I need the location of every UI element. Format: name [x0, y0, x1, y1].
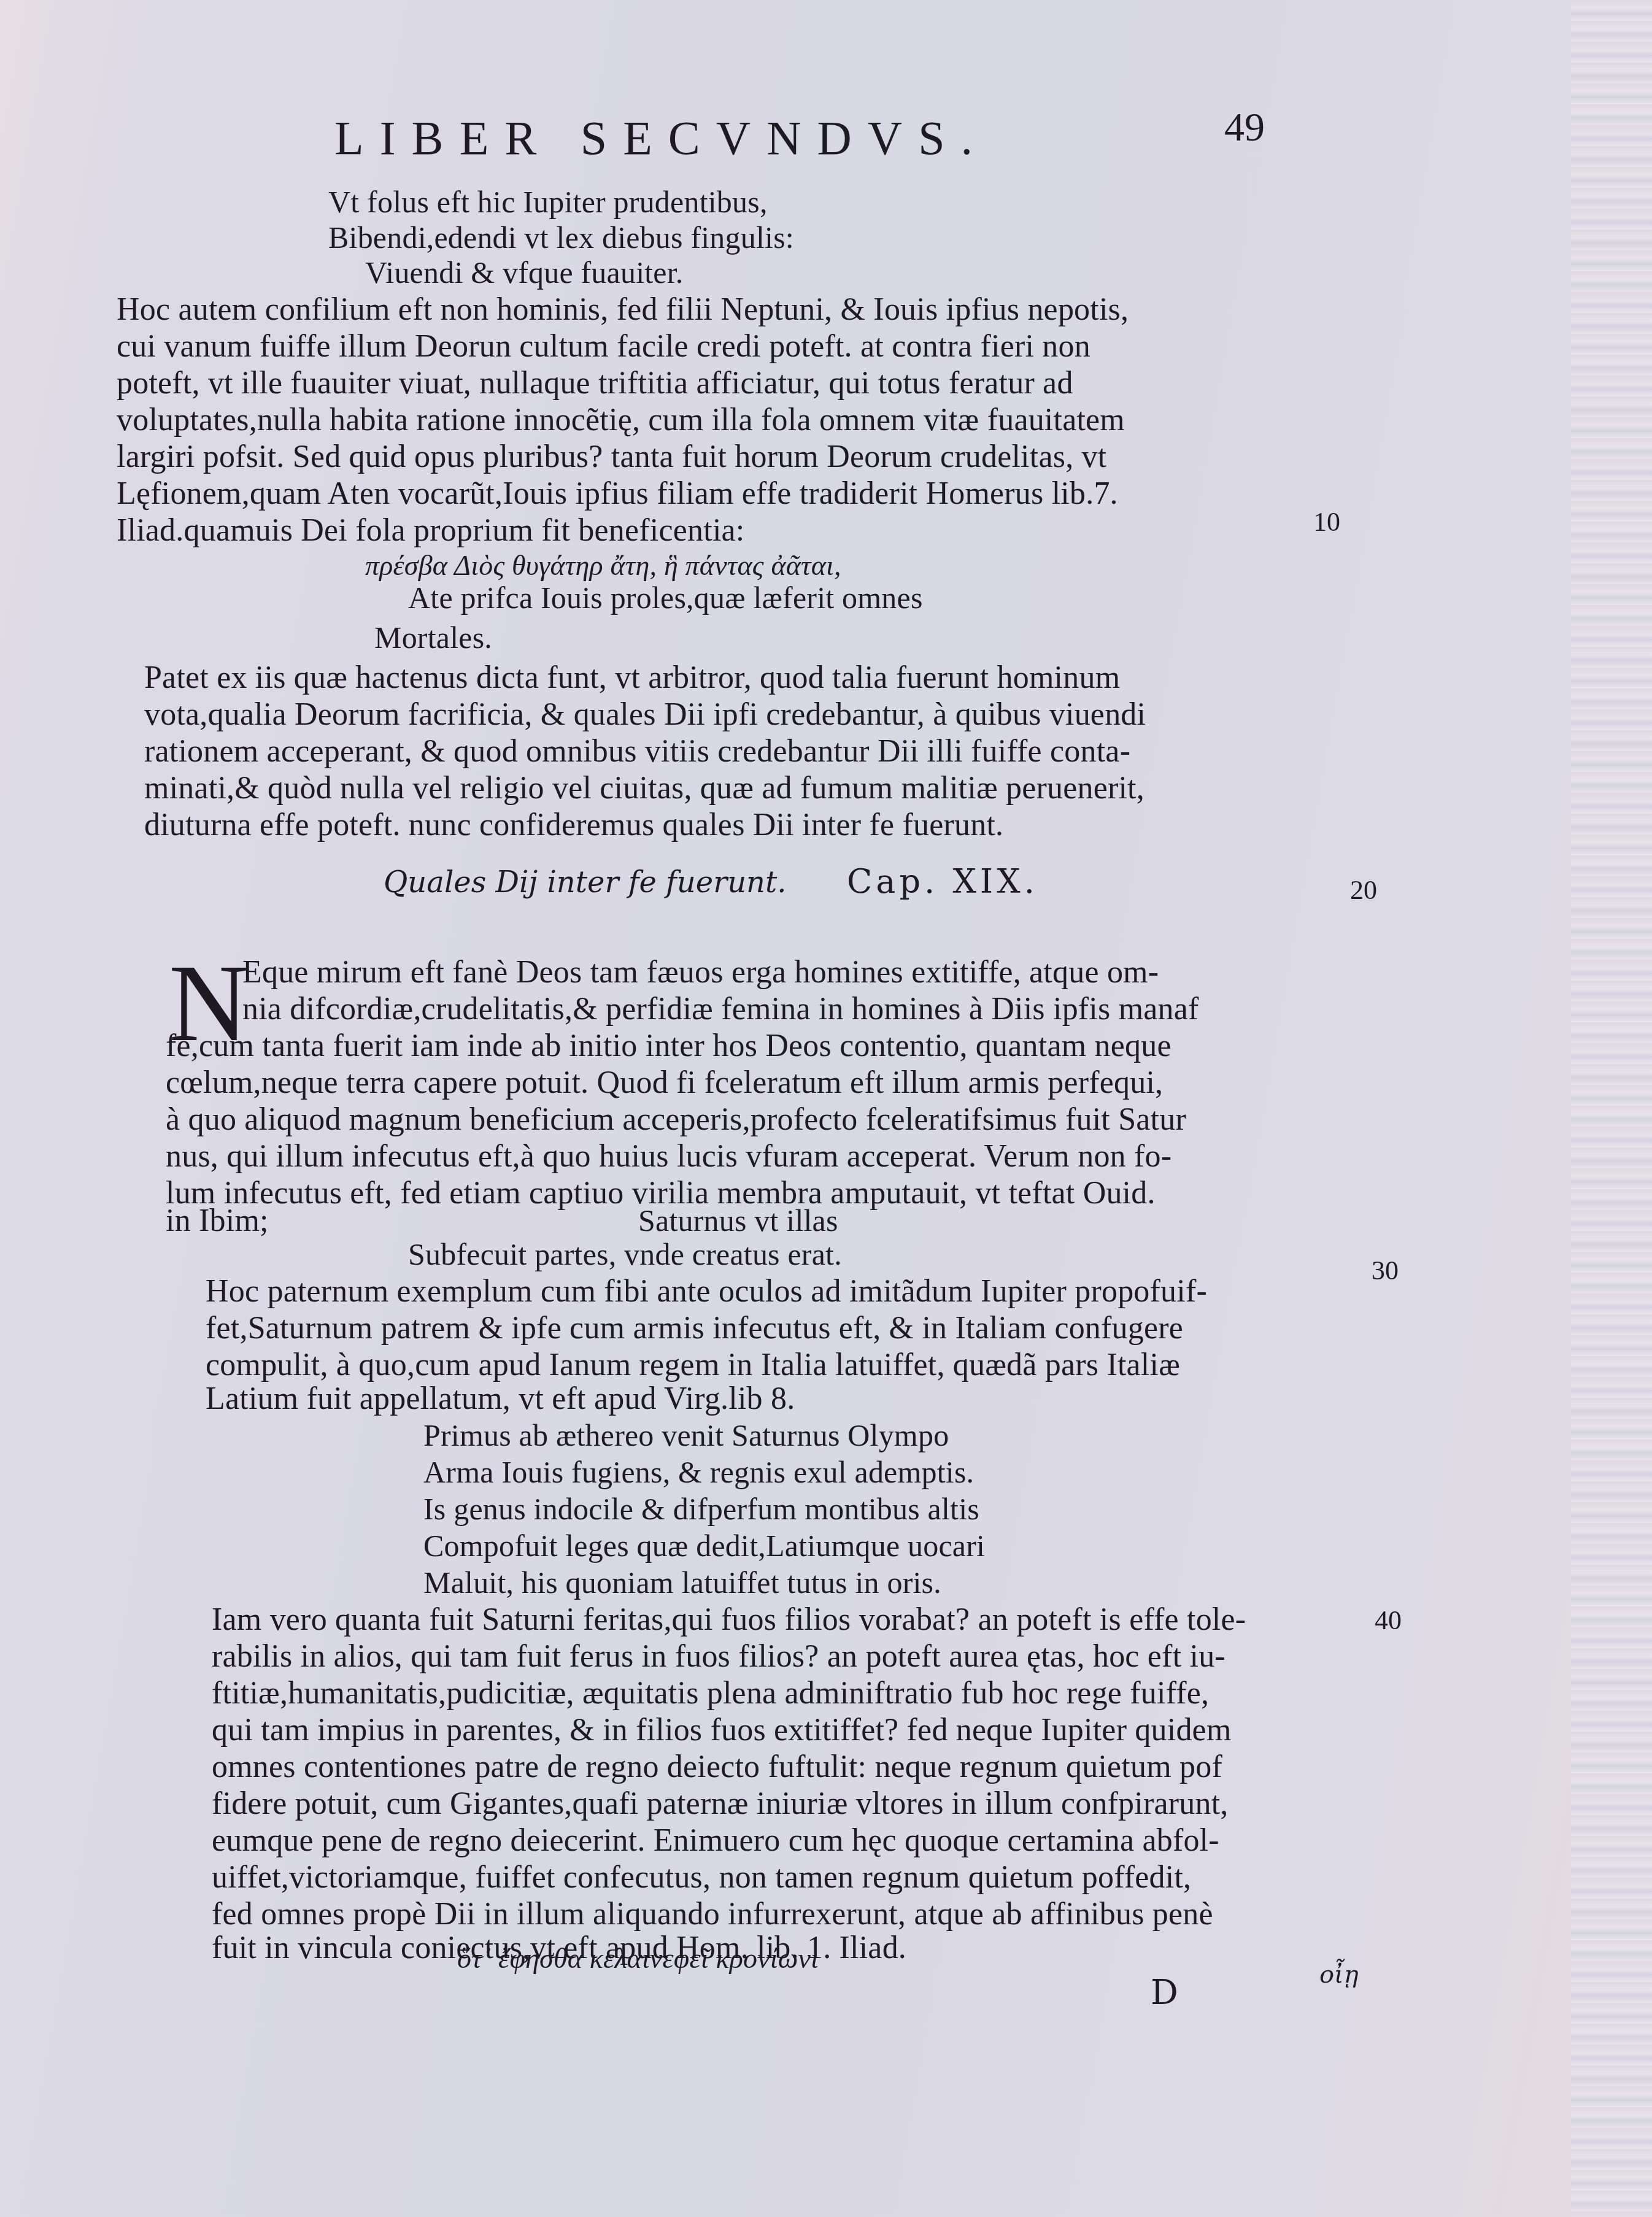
- chapter-number: Cap. XIX.: [847, 862, 1038, 901]
- prose-line: Eque mirum eft fanè Deos tam fæuos erga …: [242, 954, 1159, 990]
- prose-line: uiffet,victoriamque, fuiffet confecutus,…: [212, 1859, 1191, 1895]
- margin-line-number: 30: [1372, 1255, 1399, 1286]
- prose-line: cœlum,neque terra capere potuit. Quod fi…: [166, 1065, 1163, 1101]
- prose-line: à quo aliquod magnum beneficium acceperi…: [166, 1101, 1186, 1138]
- verse-line: Is genus indocile & difperfum montibus a…: [423, 1491, 979, 1527]
- running-head: LIBER SECVNDVS.: [334, 110, 989, 166]
- prose-line: Lęfionem,quam Aten vocarũt,Iouis ipfius …: [117, 476, 1118, 512]
- margin-line-number: 10: [1313, 506, 1340, 538]
- verse-line: Maluit, his quoniam latuiffet tutus in o…: [423, 1565, 941, 1600]
- verse-line: Subfecuit partes, vnde creatus erat.: [408, 1236, 842, 1272]
- prose-line: fed omnes propè Dii in illum aliquando i…: [212, 1896, 1213, 1932]
- prose-line: largiri pofsit. Sed quid opus pluribus? …: [117, 439, 1106, 475]
- prose-line: in Ibim;: [166, 1203, 269, 1239]
- greek-verse: πρέσβα Διὸς θυγάτηρ ἄτη, ἣ πάντας ἀᾶται,: [365, 549, 841, 582]
- prose-line: fet,Saturnum patrem & ipfe cum armis inf…: [206, 1310, 1183, 1346]
- prose-line: compulit, à quo,cum apud Ianum regem in …: [206, 1347, 1180, 1383]
- verse-line: Mortales.: [374, 620, 492, 655]
- prose-line: ftitiæ,humanitatis,pudicitiæ, æquitatis …: [212, 1675, 1209, 1711]
- prose-line: cui vanum fuiffe illum Deorun cultum fac…: [117, 328, 1090, 364]
- prose-line: Iliad.quamuis Dei fola proprium fit bene…: [117, 512, 744, 549]
- verse-line: Compofuit leges quæ dedit,Latiumque uoca…: [423, 1528, 985, 1563]
- prose-line: rabilis in alios, qui tam fuit ferus in …: [212, 1638, 1225, 1675]
- verse-line: Vt folus eft hic Iupiter prudentibus,: [328, 184, 768, 220]
- margin-line-number: 40: [1375, 1605, 1402, 1636]
- prose-line: minati,& quòd nulla vel religio vel ciui…: [144, 770, 1144, 806]
- prose-line: diuturna effe poteft. nunc confideremus …: [144, 807, 1003, 843]
- prose-line: nia difcordiæ,crudelitatis,& perfidiæ fe…: [242, 991, 1199, 1027]
- verse-line: Bibendi,edendi vt lex diebus fingulis:: [328, 220, 794, 255]
- prose-line: omnes contentiones patre de regno deiect…: [212, 1749, 1222, 1785]
- greek-verse: ὅτ᾽ ἔφησθα κελαινεφεῖ κρονίωνι: [457, 1942, 819, 1975]
- prose-line: fe,cum tanta fuerit iam inde ab initio i…: [166, 1028, 1171, 1064]
- page-number: 49: [1224, 104, 1265, 151]
- prose-line: eumque pene de regno deiecerint. Enimuer…: [212, 1822, 1219, 1859]
- verse-line: Saturnus vt illas: [638, 1203, 838, 1238]
- verse-line: Ate prifca Iouis proles,quæ læferit omne…: [408, 580, 923, 615]
- prose-line: fidere potuit, cum Gigantes,quafi patern…: [212, 1786, 1229, 1822]
- prose-line: Hoc paternum exemplum cum fibi ante ocul…: [206, 1273, 1207, 1309]
- verse-line: Primus ab æthereo venit Saturnus Olympo: [423, 1417, 949, 1453]
- prose-line: rationem acceperant, & quod omnibus viti…: [144, 733, 1130, 769]
- catchword: οἶῃ: [1319, 1961, 1359, 1989]
- prose-line: Hoc autem confilium eft non hominis, fed…: [117, 291, 1129, 328]
- prose-line: voluptates,nulla habita ratione innocẽti…: [117, 402, 1125, 438]
- prose-line: Latium fuit appellatum, vt eft apud Virg…: [206, 1381, 795, 1417]
- signature-mark: D: [1151, 1973, 1178, 2013]
- verse-line: Arma Iouis fugiens, & regnis exul adempt…: [423, 1454, 974, 1490]
- margin-line-number: 20: [1350, 874, 1377, 906]
- page-edge: [1571, 0, 1652, 2217]
- chapter-title: Quales Dij inter fe fuerunt.: [384, 865, 787, 900]
- prose-line: poteft, vt ille fuauiter viuat, nullaque…: [117, 365, 1073, 401]
- verse-line: Viuendi & vfque fuauiter.: [365, 255, 684, 290]
- prose-line: nus, qui illum infecutus eft,à quo huius…: [166, 1138, 1171, 1174]
- prose-line: Iam vero quanta fuit Saturni feritas,qui…: [212, 1602, 1246, 1638]
- prose-line: vota,qualia Deorum facrificia, & quales …: [144, 696, 1146, 733]
- prose-line: qui tam impius in parentes, & in filios …: [212, 1712, 1232, 1748]
- prose-line: Patet ex iis quæ hactenus dicta funt, vt…: [144, 660, 1120, 696]
